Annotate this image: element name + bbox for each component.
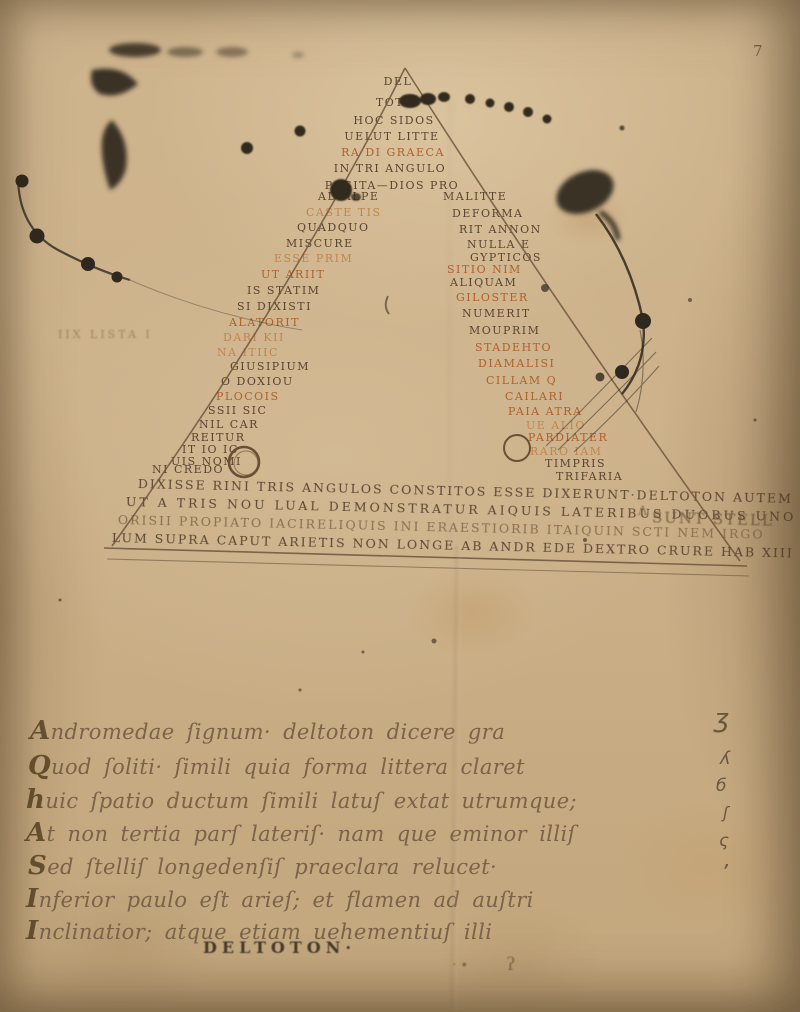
triangle-text-line: QUADQUO [297, 222, 370, 233]
triangle-text-line: NI CREDO [152, 464, 224, 475]
triangle-text-line: O DOXIOU [221, 376, 294, 387]
triangle-text-line: TOT [376, 97, 404, 108]
left-margin-note: IIX LISTA I [58, 328, 153, 341]
triangle-text-line: DIAMALISI [478, 358, 555, 369]
right-edge-note: SUNT STELL [652, 508, 774, 529]
poem-line: Sed ſtelliſ longedenſiſ praeclara reluce… [28, 853, 497, 879]
triangle-text-line: ALIQUAM [450, 277, 517, 288]
poem-line: huic ſpatio ductum ſimili latuſ extat ut… [26, 787, 577, 813]
triangle-text-line: CILLAM Q [486, 375, 557, 386]
manuscript-page: DELTOTHOC SIDOSUELUT LITTERA DI GRAECAIN… [0, 0, 800, 1012]
deltoton-caption: DELTOTON· [203, 938, 356, 957]
triangle-text-line: IS STATIM [247, 285, 320, 296]
margin-glyph: ʼ [723, 862, 729, 882]
triangle-text-line: PLOCOIS [216, 391, 280, 402]
triangle-text-line: UELUT LITTE [344, 131, 439, 142]
poem-line: Andromedae ſignum· deltoton dicere gra [30, 718, 505, 744]
triangle-text-line: TRIFARIA [556, 471, 623, 482]
triangle-text-line: SI DIXISTI [237, 301, 312, 312]
triangle-text-line: STADEHTO [475, 342, 552, 353]
triangle-text-line: IN TRI ANGULO [334, 163, 446, 174]
triangle-text-line: SITIO NIM [447, 264, 522, 275]
triangle-text-line: ALATORIT [229, 317, 300, 328]
folio-number: 7 [753, 42, 763, 60]
triangle-text-line: NIL CAR [199, 419, 259, 430]
triangle-text-line: REITUR [191, 432, 246, 443]
triangle-text-line: RA DI GRAECA [341, 147, 445, 158]
triangle-text-line: MISCURE [286, 238, 354, 249]
text-layer: DELTOTHOC SIDOSUELUT LITTERA DI GRAECAIN… [0, 0, 800, 1012]
triangle-text-line: PARDIATER [528, 432, 608, 443]
margin-glyph: б [716, 778, 726, 795]
triangle-text-line: GIUSIPIUM [230, 361, 310, 372]
vertical-crease-upper [448, 95, 455, 550]
triangle-text-line: CAILARI [505, 391, 564, 402]
triangle-text-line: UT ARIIT [261, 269, 325, 280]
poem-line: At non tertia parſ lateriſ· nam que emin… [26, 820, 576, 846]
triangle-text-line: UE ALIO [526, 420, 586, 431]
triangle-text-line: PAIA ATRA [508, 406, 583, 417]
triangle-text-line: NA ITIIC [217, 347, 279, 358]
triangle-text-line: MOUPRIM [469, 325, 540, 336]
triangle-text-line: DARI KII [223, 332, 285, 343]
triangle-text-line: ESSE PRIM [274, 253, 353, 264]
triangle-text-line: NUMERIT [462, 308, 531, 319]
triangle-text-line: HOC SIDOS [353, 115, 434, 126]
triangle-text-line: RARO IAM [530, 446, 603, 457]
triangle-text-line: CASTE TIS [306, 207, 381, 218]
margin-glyph: ʎ [720, 750, 731, 768]
triangle-text-line: IT IO IC [182, 444, 239, 455]
margin-glyph: ʃ [723, 805, 728, 821]
faint-mark: Λ [638, 505, 647, 518]
margin-glyph: ʒ [714, 706, 729, 732]
faint-mark: ʔ [506, 956, 516, 974]
triangle-text-line: RIT ANNON [459, 224, 542, 235]
triangle-text-line: DEFORMA [452, 208, 524, 219]
triangle-text-line: GYPTICOS [470, 252, 542, 263]
triangle-text-line: DEL [384, 76, 413, 87]
triangle-text-line: SSII SIC [208, 405, 267, 416]
triangle-text-line: AD ALPE [318, 191, 379, 202]
margin-glyph: ς [719, 833, 729, 850]
triangle-text-line: NULLA E [467, 239, 530, 250]
triangle-text-line: GILOSTER [456, 292, 529, 303]
triangle-text-line: TIMPRIS [545, 458, 606, 469]
poem-line: Quod ſoliti· ſimili quia forma littera c… [28, 753, 525, 779]
